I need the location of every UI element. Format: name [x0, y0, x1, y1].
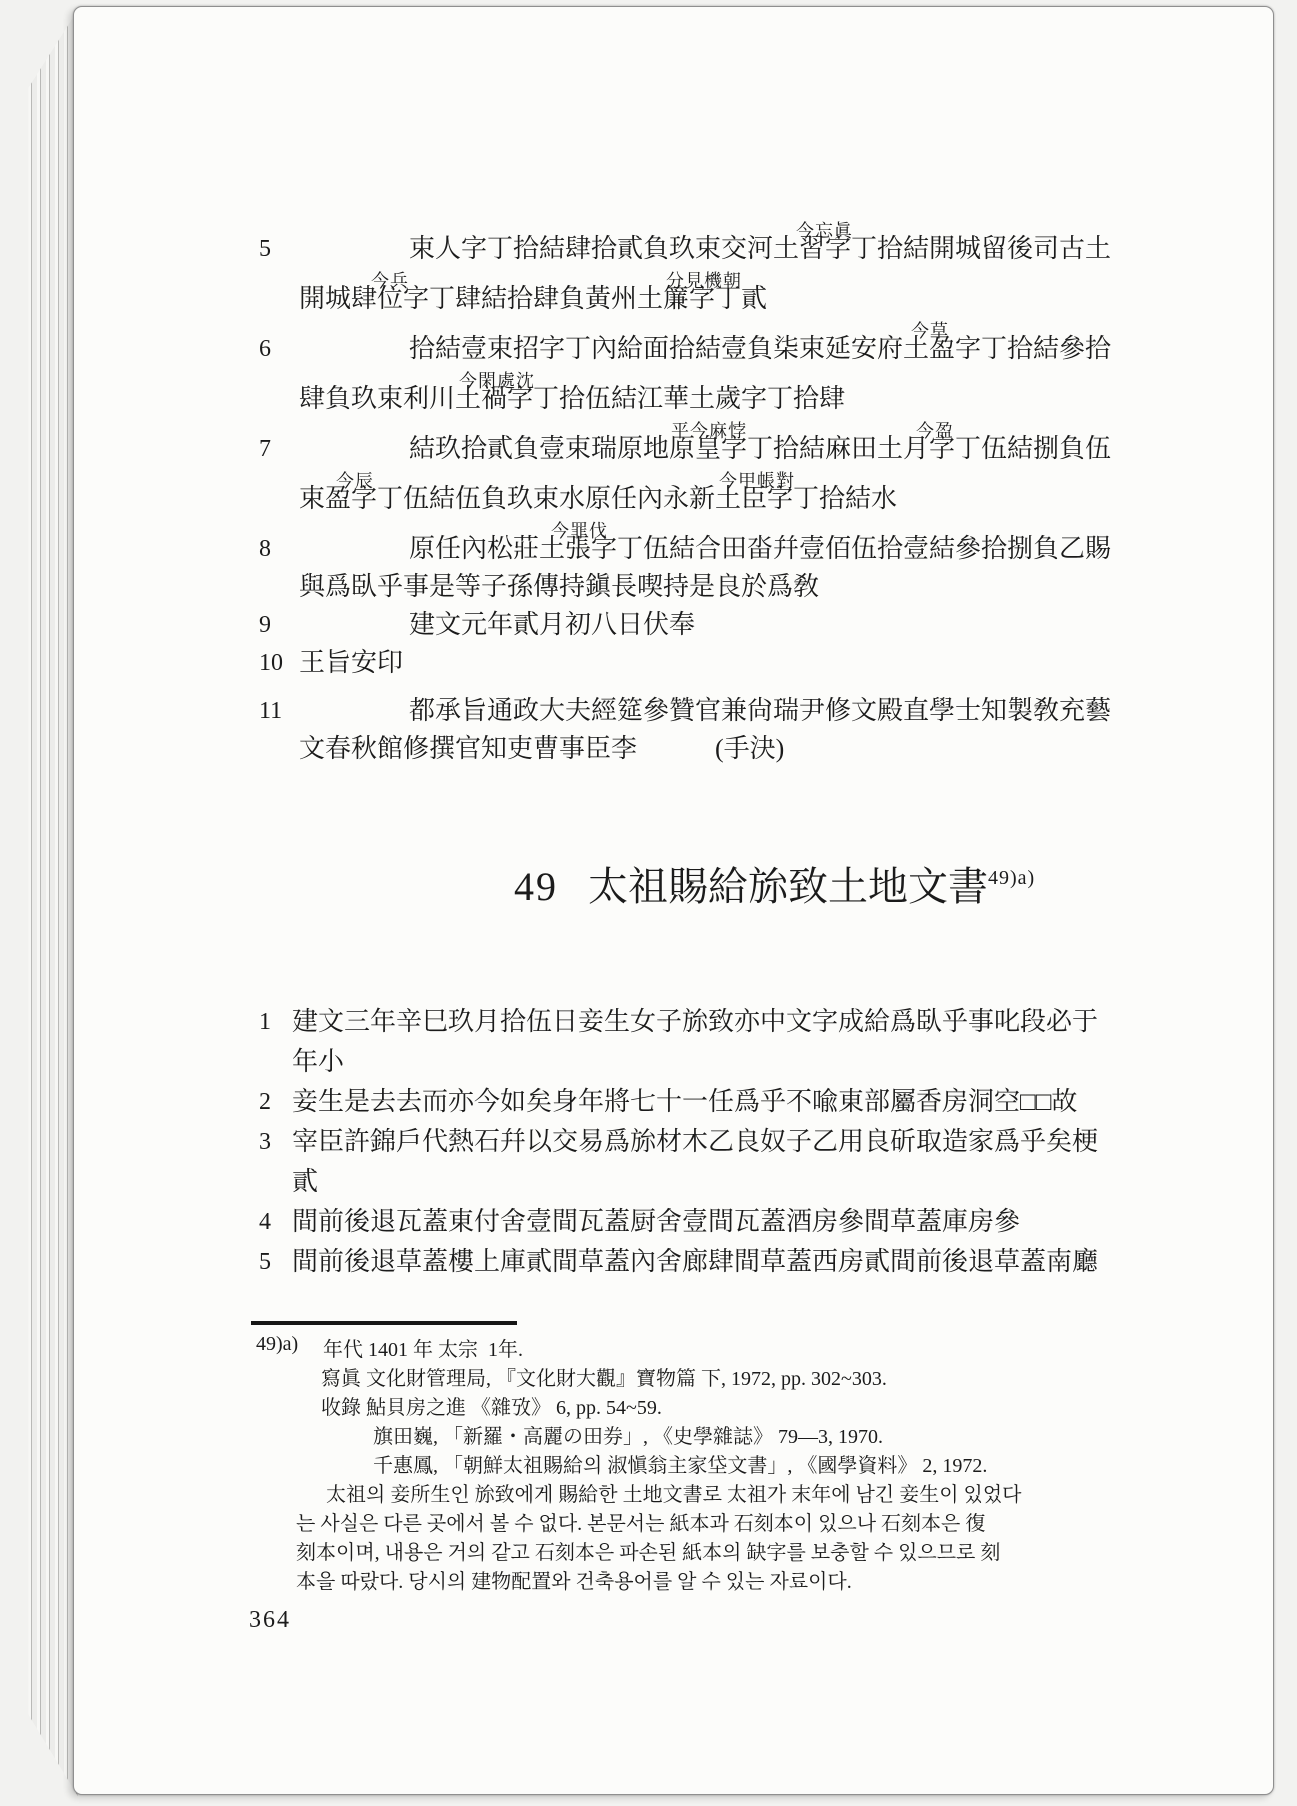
footnote-text: 寫眞 文化財管理局, 『文化財大觀』寶物篇 下, 1972, pp. 302~3…	[321, 1362, 887, 1391]
footnote-line: 寫眞 文化財管理局, 『文化財大觀』寶物篇 下, 1972, pp. 302~3…	[251, 1362, 1101, 1391]
footnote-line: 旗田巍, 「新羅・高麗の田券」, 《史學雜誌》 79—3, 1970.	[251, 1420, 1101, 1449]
line-text: 妾生是去去而亦今如矣身年將七十一任爲乎不喩東部屬香房洞空□□故	[292, 1081, 1077, 1118]
document-line: 10王旨安印	[251, 643, 1211, 681]
line-text: 原任內松莊土張字丁伍結合田畓幷壹佰伍拾壹結參拾捌負乙賜	[409, 528, 1111, 565]
line-text: 都承旨通政大夫經筵參贊官兼尙瑞尹修文殿直學士知製敎充藝	[409, 690, 1111, 727]
footnotes: 49)a)年代 1401 年 太宗 1年.寫眞 文化財管理局, 『文化財大觀』寶…	[251, 1333, 1101, 1594]
footnote-text: 年代 1401 年 太宗 1年.	[323, 1333, 523, 1362]
footnote-text: 千惠鳳, 「朝鮮太祖賜給의 淑愼翁主家垈文書」, 《國學資料》 2, 1972.	[373, 1449, 987, 1478]
document-line: 9建文元年貳月初八日伏奉	[251, 605, 1211, 643]
document-48-transcription: 5今忘眞束人字丁拾結肆拾貳負玖束交河土習字丁拾結開城留後司古土今兵分見機朝開城肆…	[251, 217, 1211, 767]
line-text: 文春秋館修撰官知吏曹事臣李 (手決)	[299, 728, 784, 765]
line-text: 肆負玖束利川土禍字丁拾伍結江華土歲字丁拾肆	[299, 378, 845, 415]
book-page: 5今忘眞束人字丁拾結肆拾貳負玖束交河土習字丁拾結開城留後司古土今兵分見機朝開城肆…	[73, 6, 1274, 1795]
footnote-text: 刻本이며, 내용은 거의 같고 石刻本은 파손된 紙本의 缺字를 보충할 수 있…	[296, 1536, 1000, 1565]
document-line: 1建文三年辛巳玖月拾伍日妾生女子旀致亦中文字成給爲臥乎事叱段必于	[251, 1002, 1211, 1042]
line-text: 建文元年貳月初八日伏奉	[409, 604, 695, 641]
footnote-line: 千惠鳳, 「朝鮮太祖賜給의 淑愼翁主家垈文書」, 《國學資料》 2, 1972.	[251, 1449, 1101, 1478]
document-49-transcription: 1建文三年辛巳玖月拾伍日妾生女子旀致亦中文字成給爲臥乎事叱段必于年小2妾生是去去…	[251, 1002, 1211, 1282]
footnote-line: 刻本이며, 내용은 거의 같고 石刻本은 파손된 紙本의 缺字를 보충할 수 있…	[251, 1536, 1101, 1565]
page-number: 364	[249, 1607, 291, 1634]
footnote-marker: 49)a)	[256, 1333, 298, 1356]
book-page-edges	[28, 6, 78, 1800]
line-text: 宰臣許錦戶代熱石幷以交易爲旀材木乙良奴子乙用良斫取造家爲乎矣梗	[292, 1121, 1098, 1158]
section-title-text: 太祖賜給旀致土地文書	[588, 864, 988, 909]
document-line: 11都承旨通政大夫經筵參贊官兼尙瑞尹修文殿直學士知製敎充藝	[251, 691, 1211, 729]
line-text: 結玖拾貳負壹束瑞原地原皇字丁拾結麻田土月字丁伍結捌負伍	[409, 428, 1111, 465]
line-text: 束盈字丁伍結伍負玖束水原任內永新土臣字丁拾結水	[299, 478, 897, 515]
footnote-text: 收錄 鮎貝房之進 《雜攷》 6, pp. 54~59.	[321, 1391, 662, 1420]
section-number: 49	[514, 864, 558, 909]
document-line: 年小	[251, 1042, 1211, 1082]
document-line: 今辰今甲帳對束盈字丁伍結伍負玖束水原任內永新土臣字丁拾結水	[251, 467, 1211, 517]
line-number: 4	[259, 1209, 271, 1236]
document-line: 3宰臣許錦戶代熱石幷以交易爲旀材木乙良奴子乙用良斫取造家爲乎矣梗	[251, 1122, 1211, 1162]
document-line: 今閑處沈肆負玖束利川土禍字丁拾伍結江華土歲字丁拾肆	[251, 367, 1211, 417]
document-line: 5間前後退草蓋樓上庫貳間草蓋內舍廊肆間草蓋西房貳間前後退草蓋南廳	[251, 1242, 1211, 1282]
line-number: 11	[259, 698, 282, 725]
line-number: 2	[259, 1089, 271, 1116]
line-text: 束人字丁拾結肆拾貳負玖束交河土習字丁拾結開城留後司古土	[409, 228, 1111, 265]
section-title: 49太祖賜給旀致土地文書49)a)	[514, 855, 1035, 912]
footnote-line: 는 사실은 다른 곳에서 볼 수 없다. 본문서는 紙本과 石刻本이 있으나 石…	[251, 1507, 1101, 1536]
document-line: 8今罪伐原任內松莊土張字丁伍結合田畓幷壹佰伍拾壹結參拾捌負乙賜	[251, 517, 1211, 567]
footnote-line: 本을 따랐다. 당시의 建物配置와 건축용어를 알 수 있는 자료이다.	[251, 1565, 1101, 1594]
footnote-separator	[251, 1321, 517, 1325]
document-line: 7平今麻悖今盈結玖拾貳負壹束瑞原地原皇字丁拾結麻田土月字丁伍結捌負伍	[251, 417, 1211, 467]
line-number: 6	[259, 336, 271, 363]
line-text: 間前後退瓦蓋東付舍壹間瓦蓋厨舍壹間瓦蓋酒房參間草蓋庫房參	[292, 1201, 1020, 1238]
document-line: 今兵分見機朝開城肆位字丁肆結拾肆負黃州土簾字丁貳	[251, 267, 1211, 317]
document-line: 6今草拾結壹束招字丁內給面拾結壹負柒束延安府土盈字丁拾結參拾	[251, 317, 1211, 367]
footnote-text: 太祖의 妾所生인 旀致에게 賜給한 土地文書로 太祖가 末年에 남긴 妾生이 있…	[326, 1478, 1021, 1507]
line-number: 3	[259, 1129, 271, 1156]
document-line: 2妾生是去去而亦今如矣身年將七十一任爲乎不喩東部屬香房洞空□□故	[251, 1082, 1211, 1122]
footnote-line: 收錄 鮎貝房之進 《雜攷》 6, pp. 54~59.	[251, 1391, 1101, 1420]
footnote-line: 49)a)年代 1401 年 太宗 1年.	[251, 1333, 1101, 1362]
line-text: 建文三年辛巳玖月拾伍日妾生女子旀致亦中文字成給爲臥乎事叱段必于	[292, 1001, 1098, 1038]
line-text: 年小	[292, 1041, 344, 1078]
footnote-text: 는 사실은 다른 곳에서 볼 수 없다. 본문서는 紙本과 石刻本이 있으나 石…	[296, 1507, 985, 1536]
footnote-text: 旗田巍, 「新羅・高麗の田券」, 《史學雜誌》 79—3, 1970.	[373, 1420, 883, 1449]
line-number: 5	[259, 236, 271, 263]
document-line: 與爲臥乎事是等子孫傳持鎭長喫持是良於爲敎	[251, 567, 1211, 605]
line-number: 5	[259, 1249, 271, 1276]
line-number: 7	[259, 436, 271, 463]
footnote-line: 太祖의 妾所生인 旀致에게 賜給한 土地文書로 太祖가 末年에 남긴 妾生이 있…	[251, 1478, 1101, 1507]
line-number: 8	[259, 536, 271, 563]
line-text: 拾結壹束招字丁內給面拾結壹負柒束延安府土盈字丁拾結參拾	[409, 328, 1111, 365]
line-text: 間前後退草蓋樓上庫貳間草蓋內舍廊肆間草蓋西房貳間前後退草蓋南廳	[292, 1241, 1098, 1278]
line-text: 與爲臥乎事是等子孫傳持鎭長喫持是良於爲敎	[299, 566, 819, 603]
line-number: 10	[259, 650, 283, 677]
document-line: 文春秋館修撰官知吏曹事臣李 (手決)	[251, 729, 1211, 767]
line-text: 王旨安印	[299, 642, 403, 679]
line-number: 1	[259, 1009, 271, 1036]
line-number: 9	[259, 612, 271, 639]
document-line: 4間前後退瓦蓋東付舍壹間瓦蓋厨舍壹間瓦蓋酒房參間草蓋庫房參	[251, 1202, 1211, 1242]
line-text: 貳	[292, 1161, 318, 1198]
line-text: 開城肆位字丁肆結拾肆負黃州土簾字丁貳	[299, 278, 767, 315]
document-line: 貳	[251, 1162, 1211, 1202]
section-footnote-ref: 49)a)	[988, 867, 1035, 889]
footnote-text: 本을 따랐다. 당시의 建物配置와 건축용어를 알 수 있는 자료이다.	[296, 1565, 852, 1594]
document-line: 5今忘眞束人字丁拾結肆拾貳負玖束交河土習字丁拾結開城留後司古土	[251, 217, 1211, 267]
